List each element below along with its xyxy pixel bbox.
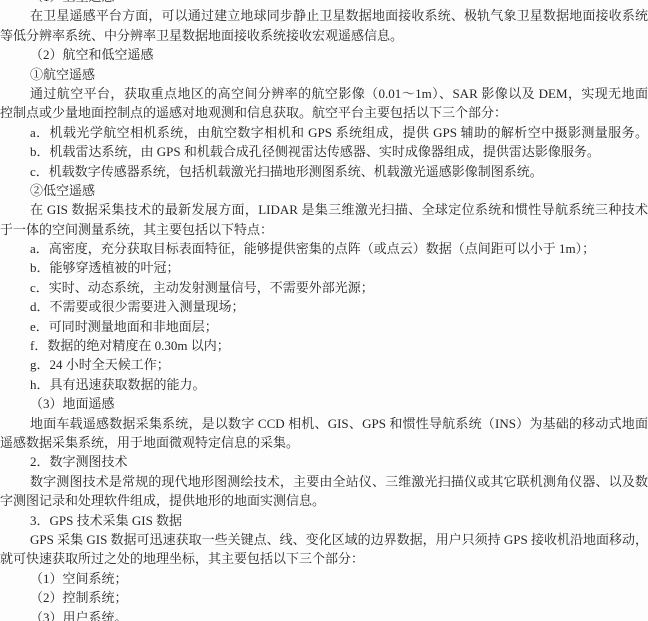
text-line: 地面车载遥感数据采集系统，是以数字 CCD 相机、GIS、GPS 和惯性导航系统… bbox=[0, 414, 648, 433]
text-line: 遥感数据采集系统，用于地面微观特定信息的采集。 bbox=[0, 433, 648, 452]
text-block: （1）卫星遥感 在卫星遥感平台方面，可以通过建立地球同步静止卫星数据地面接收系统… bbox=[0, 0, 648, 621]
text-line: 就可快速获取所过之处的地理坐标，其主要包括以下三个部分： bbox=[0, 549, 648, 568]
text-line: 数字测图技术是常规的现代地形图测绘技术，主要由全站仪、三维激光扫描仪或其它联机测… bbox=[0, 472, 648, 491]
text-line: （1）空间系统； bbox=[0, 569, 648, 588]
text-line: c．实时、动态系统，主动发射测量信号，不需要外部光源； bbox=[0, 278, 648, 297]
document-page: （1）卫星遥感 在卫星遥感平台方面，可以通过建立地球同步静止卫星数据地面接收系统… bbox=[0, 0, 648, 621]
text-line: 字测图记录和处理软件组成，提供地形的地面实测信息。 bbox=[0, 491, 648, 510]
text-line: ①航空遥感 bbox=[0, 65, 648, 84]
text-line: 2．数字测图技术 bbox=[0, 452, 648, 471]
text-line: ②低空遥感 bbox=[0, 181, 648, 200]
text-line: 在 GIS 数据采集技术的最新发展方面，LIDAR 是集三维激光扫描、全球定位系… bbox=[0, 200, 648, 219]
text-line: b．机载雷达系统，由 GPS 和机载合成孔径侧视雷达传感器、实时成像器组成，提供… bbox=[0, 142, 648, 161]
text-line: 于一体的空间测量系统，其主要包括以下特点： bbox=[0, 220, 648, 239]
text-line: c．机载数字传感器系统，包括机载激光扫描地形测图系统、机载激光遥感影像制图系统。 bbox=[0, 162, 648, 181]
text-line: d．不需要或很少需要进入测量现场； bbox=[0, 297, 648, 316]
text-line: b．能够穿透植被的叶冠； bbox=[0, 258, 648, 277]
text-line: （3）地面遥感 bbox=[0, 394, 648, 413]
text-line: （3）用户系统。 bbox=[0, 608, 648, 621]
text-line: 控制点或少量地面控制点的遥感对地观测和信息获取。航空平台主要包括以下三个部分： bbox=[0, 103, 648, 122]
text-line: g．24 小时全天候工作； bbox=[0, 355, 648, 374]
text-line: GPS 采集 GIS 数据可迅速获取一些关键点、线、变化区域的边界数据，用户只须… bbox=[0, 530, 648, 549]
text-line: 等低分辨率系统、中分辨率卫星数据地面接收系统接收宏观遥感信息。 bbox=[0, 26, 648, 45]
text-line: 3．GPS 技术采集 GIS 数据 bbox=[0, 511, 648, 530]
text-line: h．具有迅速获取数据的能力。 bbox=[0, 375, 648, 394]
text-line: a．高密度，充分获取目标表面特征，能够提供密集的点阵（或点云）数据（点间距可以小… bbox=[0, 239, 648, 258]
text-line: （2）航空和低空遥感 bbox=[0, 45, 648, 64]
text-line: a．机载光学航空相机系统，由航空数字相机和 GPS 系统组成，提供 GPS 辅助… bbox=[0, 123, 648, 142]
text-line: f．数据的绝对精度在 0.30m 以内； bbox=[0, 336, 648, 355]
text-line: 在卫星遥感平台方面，可以通过建立地球同步静止卫星数据地面接收系统、极轨气象卫星数… bbox=[0, 6, 648, 25]
text-line: 通过航空平台，获取重点地区的高空间分辨率的航空影像（0.01～1m）、SAR 影… bbox=[0, 84, 648, 103]
text-line: e．可同时测量地面和非地面层； bbox=[0, 317, 648, 336]
text-line: （2）控制系统； bbox=[0, 588, 648, 607]
